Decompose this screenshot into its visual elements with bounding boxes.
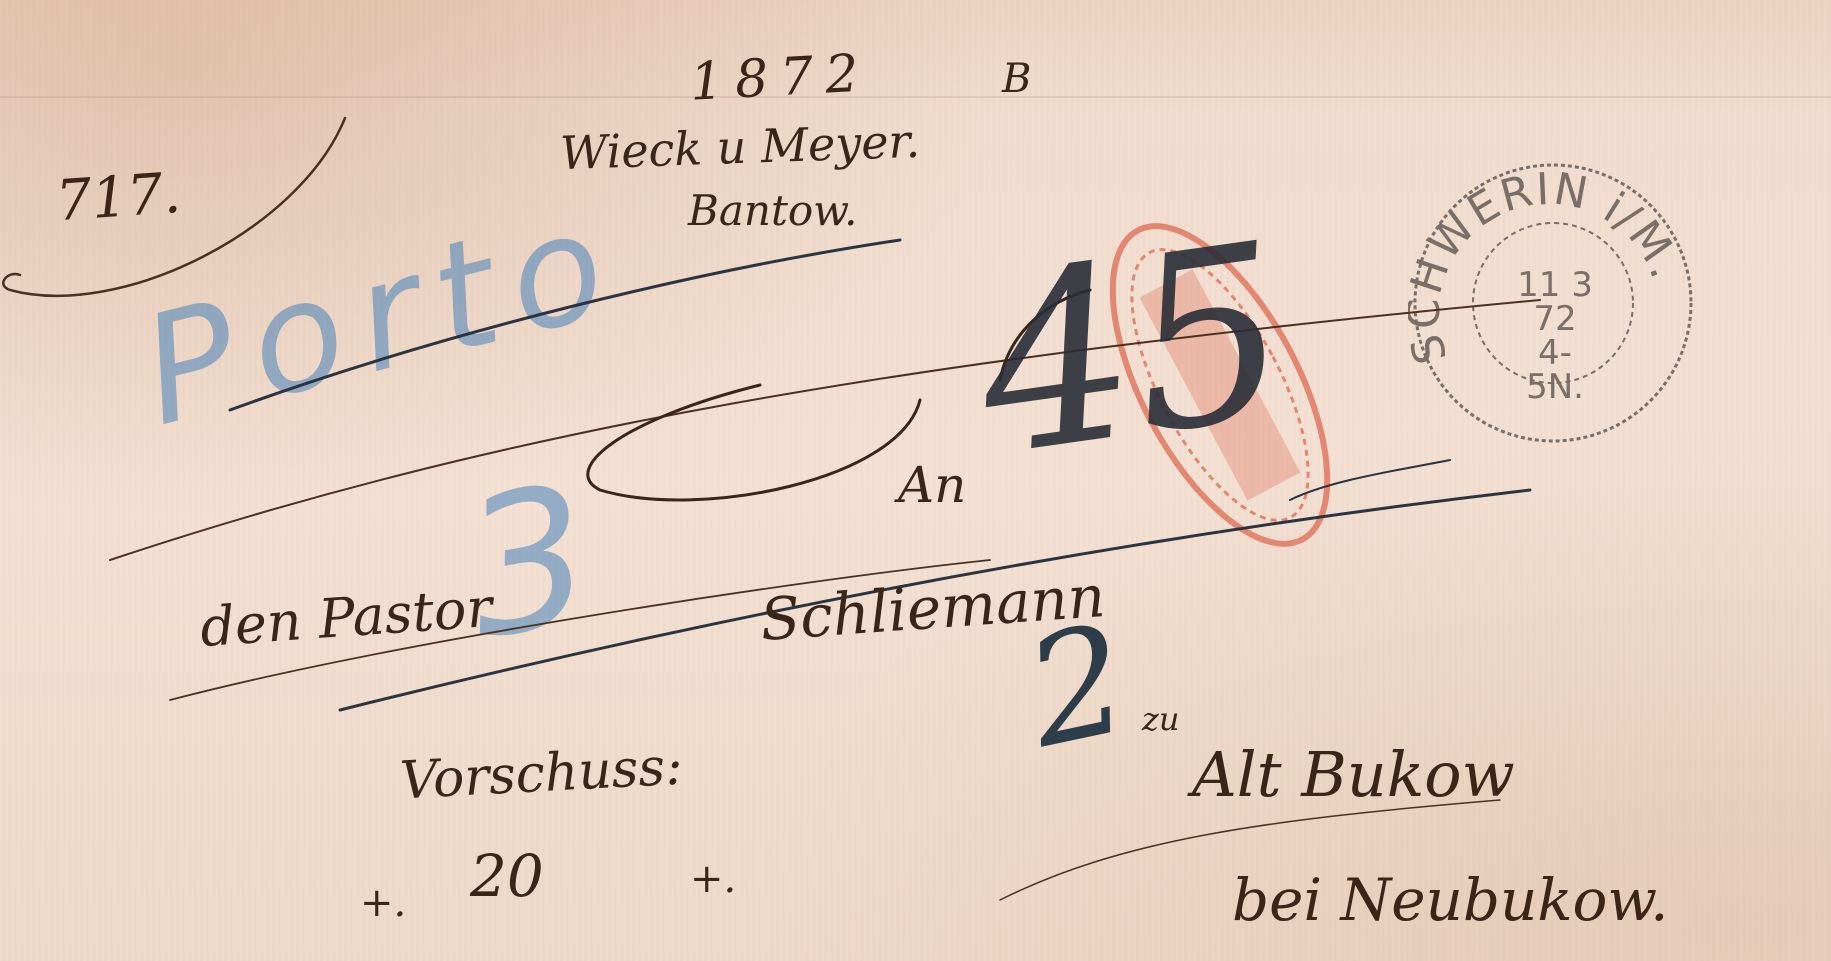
docket-year-suffix: B [1002,56,1031,102]
endorsement-amount: 20 [470,842,544,910]
endorsement-mark-right: +. [690,856,736,902]
address-near: bei Neubukow. [1232,866,1669,934]
address-zu: zu [1142,700,1179,738]
flourish-long [110,300,1540,560]
reference-number: 717. [54,161,183,235]
endorsement-mark-left: +. [360,880,406,926]
address-an: An [898,456,966,514]
crossout-line-1 [230,240,900,410]
docket-year: 1872 [689,43,872,112]
rate-marking-main: 45 [962,190,1303,510]
address-place: Alt Bukow [1192,738,1515,811]
postal-cover: Porto 3 SCHWERIN i/M. 11 3 72 4-5N. [0,0,1831,961]
docket-sender-place: Bantow. [688,186,857,235]
an-flourish [588,385,920,500]
